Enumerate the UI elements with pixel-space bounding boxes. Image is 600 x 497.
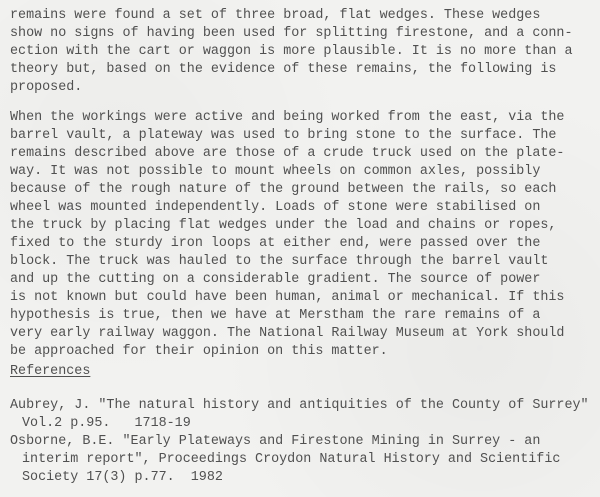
text-line: block. The truck was hauled to the surfa… (10, 253, 548, 271)
text-line: fixed to the sturdy iron loops at either… (10, 235, 540, 253)
text-line: show no signs of having been used for sp… (10, 25, 573, 43)
reference-line: Society 17(3) p.77. 1982 (22, 469, 223, 487)
text-line: barrel vault, a plateway was used to bri… (10, 127, 556, 145)
text-line: hypothesis is true, then we have at Mers… (10, 307, 540, 325)
text-line: very early railway waggon. The National … (10, 325, 564, 343)
text-line: the truck by placing flat wedges under t… (10, 217, 556, 235)
text-line: way. It was not possible to mount wheels… (10, 163, 540, 181)
reference-line: interim report", Proceedings Croydon Nat… (22, 451, 560, 469)
text-line: remains were found a set of three broad,… (10, 7, 540, 25)
text-line: and up the cutting on a considerable gra… (10, 271, 540, 289)
reference-line: Osborne, B.E. "Early Plateways and Fires… (10, 433, 540, 451)
reference-line: Aubrey, J. "The natural history and anti… (10, 397, 589, 415)
text-line: proposed. (10, 79, 82, 97)
references-heading: References (10, 363, 90, 381)
text-line: wheel was mounted independently. Loads o… (10, 199, 540, 217)
text-line: is not known but could have been human, … (10, 289, 564, 307)
scanned-document-page: remains were found a set of three broad,… (0, 0, 600, 497)
text-line: theory but, based on the evidence of the… (10, 61, 556, 79)
text-line: ection with the cart or waggon is more p… (10, 43, 573, 61)
text-line: remains described above are those of a c… (10, 145, 564, 163)
reference-line: Vol.2 p.95. 1718-19 (22, 415, 191, 433)
text-line: When the workings were active and being … (10, 109, 564, 127)
text-line: be approached for their opinion on this … (10, 343, 388, 361)
text-line: because of the rough nature of the groun… (10, 181, 556, 199)
